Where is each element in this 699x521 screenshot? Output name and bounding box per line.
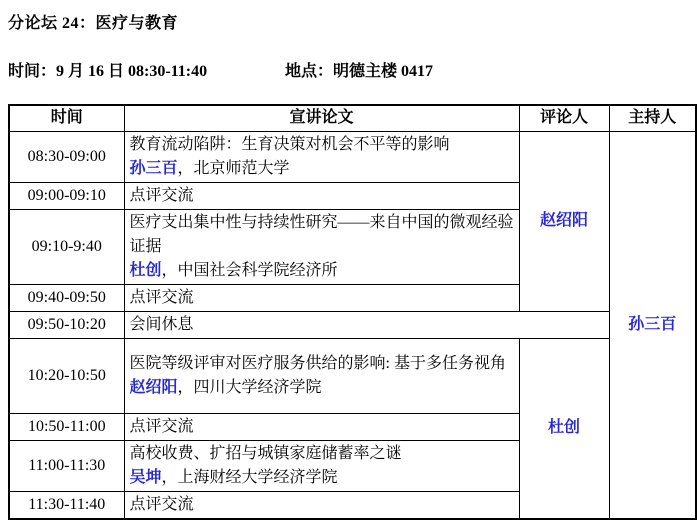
col-header-time: 时间 bbox=[9, 105, 124, 131]
table-row: 10:20-10:50 医院等级评审对医疗服务供给的影响: 基于多任务视角 赵绍… bbox=[9, 338, 696, 413]
paper-affiliation: ，中国社会科学院经济所 bbox=[162, 262, 338, 279]
table-row: 09:50-10:20 会间休息 bbox=[9, 311, 696, 338]
paper-author: 杜创 bbox=[130, 262, 162, 279]
col-header-papers: 宣讲论文 bbox=[124, 105, 519, 131]
paper-cell: 教育流动陷阱：生育决策对机会不平等的影响 孙三百，北京师范大学 bbox=[124, 131, 519, 182]
paper-cell: 医院等级评审对医疗服务供给的影响: 基于多任务视角 赵绍阳，四川大学经济学院 bbox=[124, 338, 519, 413]
activity-cell: 点评交流 bbox=[124, 491, 519, 519]
time-cell: 11:30-11:40 bbox=[9, 491, 124, 519]
paper-title: 医院等级评审对医疗服务供给的影响: 基于多任务视角 bbox=[130, 352, 514, 376]
paper-author: 赵绍阳 bbox=[130, 379, 178, 396]
col-header-commentator: 评论人 bbox=[519, 105, 609, 131]
time-cell: 09:50-10:20 bbox=[9, 311, 124, 338]
table-header-row: 时间 宣讲论文 评论人 主持人 bbox=[9, 105, 696, 131]
session-location: 地点：明德主楼 0417 bbox=[285, 58, 433, 81]
activity-cell: 点评交流 bbox=[124, 284, 519, 311]
time-cell: 11:00-11:30 bbox=[9, 440, 124, 491]
activity-cell: 点评交流 bbox=[124, 413, 519, 440]
paper-author-line: 杜创，中国社会科学院经济所 bbox=[130, 259, 514, 283]
paper-affiliation: ，北京师范大学 bbox=[178, 160, 290, 177]
paper-author: 孙三百 bbox=[130, 160, 178, 177]
paper-affiliation: ，四川大学经济学院 bbox=[178, 379, 322, 396]
paper-cell: 医疗支出集中性与持续性研究——来自中国的微观经验证据 杜创，中国社会科学院经济所 bbox=[124, 209, 519, 284]
paper-title: 医疗支出集中性与持续性研究——来自中国的微观经验证据 bbox=[130, 211, 514, 259]
break-cell: 会间休息 bbox=[124, 311, 609, 338]
time-cell: 09:00-09:10 bbox=[9, 182, 124, 209]
schedule-table: 时间 宣讲论文 评论人 主持人 08:30-09:00 教育流动陷阱：生育决策对… bbox=[8, 104, 697, 520]
paper-cell: 高校收费、扩招与城镇家庭储蓄率之谜 吴坤，上海财经大学经济学院 bbox=[124, 440, 519, 491]
session-time: 时间：9 月 16 日 08:30-11:40 bbox=[8, 58, 207, 81]
time-cell: 08:30-09:00 bbox=[9, 131, 124, 182]
paper-author-line: 吴坤，上海财经大学经济学院 bbox=[130, 466, 514, 490]
program-page: 分论坛 24：医疗与教育 时间：9 月 16 日 08:30-11:40 地点：… bbox=[0, 0, 699, 521]
session-info: 时间：9 月 16 日 08:30-11:40 地点：明德主楼 0417 bbox=[8, 58, 688, 78]
page-title: 分论坛 24：医疗与教育 bbox=[8, 10, 178, 33]
time-cell: 10:20-10:50 bbox=[9, 338, 124, 413]
activity-cell: 点评交流 bbox=[124, 182, 519, 209]
moderator-cell: 孙三百 bbox=[609, 131, 696, 519]
commentator-cell-session1: 赵绍阳 bbox=[519, 131, 609, 311]
paper-author-line: 孙三百，北京师范大学 bbox=[130, 157, 514, 181]
table-row: 08:30-09:00 教育流动陷阱：生育决策对机会不平等的影响 孙三百，北京师… bbox=[9, 131, 696, 182]
commentator-cell-session2: 杜创 bbox=[519, 338, 609, 519]
paper-affiliation: ，上海财经大学经济学院 bbox=[162, 469, 338, 486]
paper-author-line: 赵绍阳，四川大学经济学院 bbox=[130, 376, 514, 400]
col-header-moderator: 主持人 bbox=[609, 105, 696, 131]
paper-title: 教育流动陷阱：生育决策对机会不平等的影响 bbox=[130, 133, 514, 157]
paper-title: 高校收费、扩招与城镇家庭储蓄率之谜 bbox=[130, 442, 514, 466]
time-cell: 09:10-9:40 bbox=[9, 209, 124, 284]
time-cell: 10:50-11:00 bbox=[9, 413, 124, 440]
time-cell: 09:40-09:50 bbox=[9, 284, 124, 311]
paper-author: 吴坤 bbox=[130, 469, 162, 486]
